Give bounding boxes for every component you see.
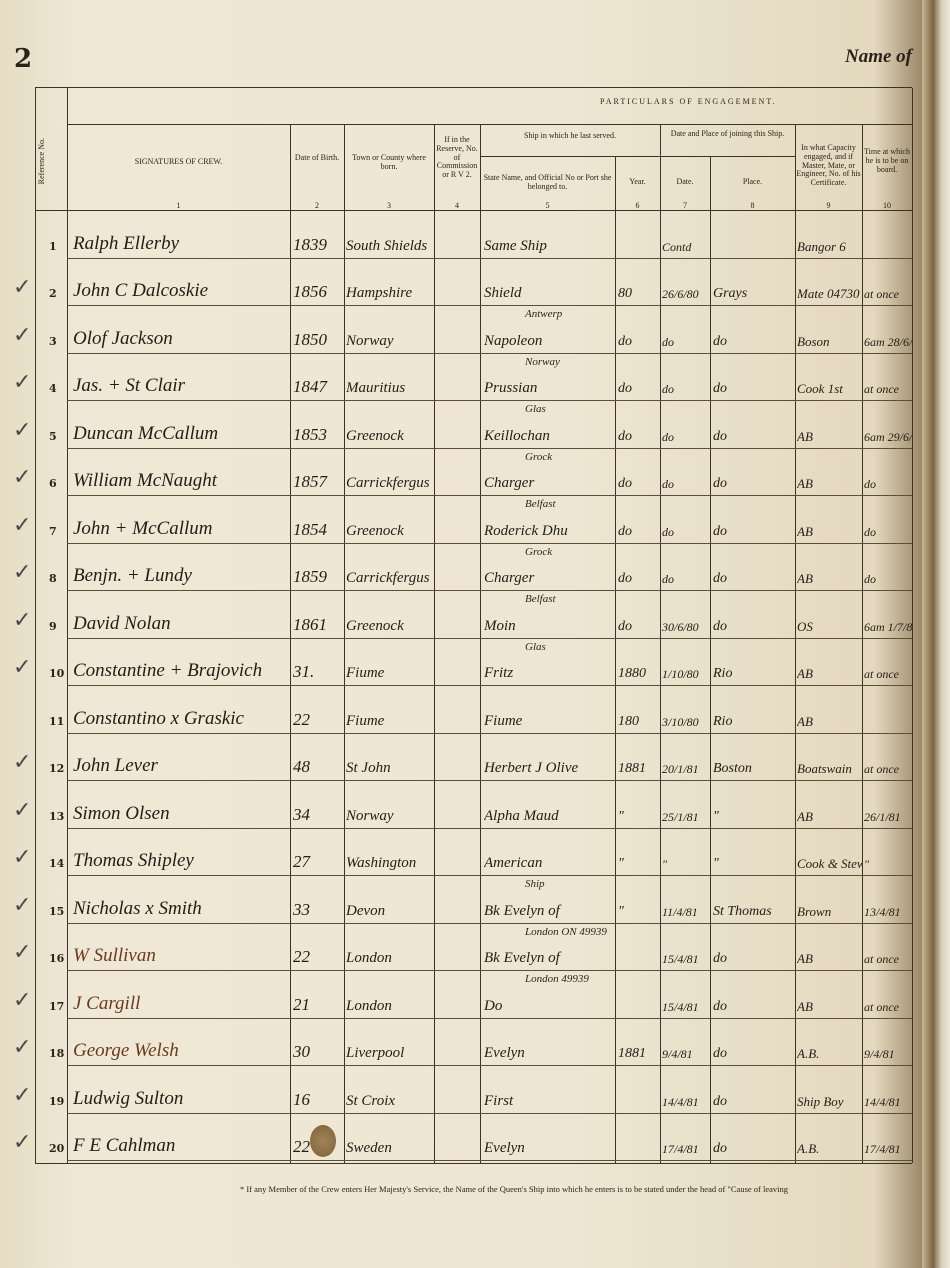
last-ship: Roderick Dhu [484, 523, 614, 540]
birthplace: Mauritius [346, 380, 434, 397]
table-row: ✓ 16 W Sullivan 22 London London ON 4993… [35, 924, 912, 972]
date-of-birth: 33 [293, 900, 343, 920]
join-date: do [662, 525, 710, 540]
last-ship: Charger [484, 475, 614, 492]
last-ship: Prussian [484, 380, 614, 397]
date-of-birth: 34 [293, 805, 343, 825]
join-place: " [713, 809, 795, 825]
table-row: ✓ 11 Constantino x Graskic 22 Fiume Fium… [35, 686, 912, 734]
join-date: 30/6/80 [662, 620, 710, 635]
table-row: ✓ 14 Thomas Shipley 27 Washington Americ… [35, 829, 912, 877]
ship-year: 1881 [618, 761, 660, 777]
header-ship-group: Ship in which he last served. [480, 132, 660, 141]
reference-number: 7 [49, 525, 57, 538]
table-row: ✓ 4 Jas. + St Clair 1847 Mauritius Norwa… [35, 354, 912, 402]
header-dob: Date of Birth. [290, 154, 344, 163]
birthplace: London [346, 998, 434, 1015]
row-divider [67, 1160, 912, 1161]
join-place: do [713, 619, 795, 635]
header-year: Year. [615, 178, 660, 187]
last-ship: Bk Evelyn of [484, 903, 614, 920]
header-reserve: If in the Reserve, No. of Commission or … [434, 136, 480, 180]
join-date: 25/1/81 [662, 810, 710, 825]
crew-signature: John C Dalcoskie [73, 280, 288, 302]
col-number: 3 [344, 201, 434, 210]
join-date: 1/10/80 [662, 667, 710, 682]
footnote: * If any Member of the Crew enters Her M… [240, 1184, 788, 1194]
join-date: 11/4/81 [662, 905, 710, 920]
wax-seal [310, 1125, 336, 1157]
capacity: AB [797, 429, 862, 445]
time-on-board: do [864, 572, 912, 587]
reference-number: 20 [49, 1142, 64, 1155]
table-row: ✓ 13 Simon Olsen 34 Norway Alpha Maud " … [35, 781, 912, 829]
table-row: ✓ 18 George Welsh 30 Liverpool Evelyn 18… [35, 1019, 912, 1067]
capacity: OS [797, 619, 862, 635]
last-ship: Evelyn [484, 1045, 614, 1062]
ship-port-note: Belfast [525, 593, 556, 605]
check-mark-icon: ✓ [13, 369, 31, 395]
birthplace: London [346, 950, 434, 967]
ship-port-note: Glas [525, 641, 546, 653]
capacity: Cook & Steward [797, 856, 862, 872]
last-ship: Same Ship [484, 238, 614, 255]
join-date: 15/4/81 [662, 1000, 710, 1015]
date-of-birth: 30 [293, 1042, 343, 1062]
time-on-board: 17/4/81 [864, 1142, 912, 1157]
join-date: do [662, 430, 710, 445]
check-mark-icon: ✓ [13, 274, 31, 300]
join-date: do [662, 335, 710, 350]
table-row: ✓ 20 F E Cahlman 22 Sweden Evelyn 17/4/8… [35, 1114, 912, 1162]
reference-number: 9 [49, 620, 57, 633]
capacity: A.B. [797, 1046, 862, 1062]
crew-signature: Jas. + St Clair [73, 375, 288, 397]
birthplace: Carrickfergus [346, 475, 434, 492]
capacity: Mate 04730 [797, 286, 862, 302]
reference-number: 10 [49, 667, 64, 680]
last-ship: Alpha Maud [484, 808, 614, 825]
crew-signature: Thomas Shipley [73, 850, 288, 872]
birthplace: Devon [346, 903, 434, 920]
crew-signature: Benjn. + Lundy [73, 565, 288, 587]
date-of-birth: 1859 [293, 567, 343, 587]
register-page: 2 Name of Reference No. PARTICULARS OF E… [0, 0, 950, 1268]
capacity: AB [797, 714, 862, 730]
date-of-birth: 31. [293, 662, 343, 682]
header-signatures: SIGNATURES OF CREW. [67, 158, 290, 167]
reference-number: 16 [49, 952, 64, 965]
join-date: 3/10/80 [662, 715, 710, 730]
ship-year: " [618, 809, 660, 825]
join-place: do [713, 429, 795, 445]
time-on-board: at once [864, 382, 912, 397]
col-number: 2 [290, 201, 344, 210]
check-mark-icon: ✓ [13, 987, 31, 1013]
col-number: 5 [480, 201, 615, 210]
date-of-birth: 22 [293, 947, 343, 967]
crew-signature: W Sullivan [73, 945, 288, 967]
ship-port-note: Grock [525, 451, 552, 463]
capacity: AB [797, 666, 862, 682]
join-place: do [713, 334, 795, 350]
crew-signature: George Welsh [73, 1040, 288, 1062]
table-row: ✓ 15 Nicholas x Smith 33 Devon Ship Bk E… [35, 876, 912, 924]
capacity: Ship Boy [797, 1094, 862, 1110]
col-number: 8 [710, 201, 795, 210]
join-place: do [713, 1094, 795, 1110]
reference-number: 5 [49, 430, 57, 443]
birthplace: St Croix [346, 1093, 434, 1110]
check-mark-icon: ✓ [13, 322, 31, 348]
time-on-board: " [864, 857, 912, 872]
table-row: ✓ 17 J Cargill 21 London London 49939 Do… [35, 971, 912, 1019]
table-row: ✓ 6 William McNaught 1857 Carrickfergus … [35, 449, 912, 497]
ship-year: " [618, 904, 660, 920]
time-on-board: 6am 29/6/80 [864, 430, 912, 445]
ship-port-note: London 49939 [525, 973, 589, 985]
reference-number: 1 [49, 240, 57, 253]
reference-number: 2 [49, 287, 57, 300]
header-place: Place. [710, 178, 795, 187]
join-date: 20/1/81 [662, 762, 710, 777]
date-of-birth: 22 [293, 710, 343, 730]
page-title-fragment: Name of [845, 46, 912, 68]
ship-year: do [618, 619, 660, 635]
birthplace: Greenock [346, 618, 434, 635]
capacity: Brown [797, 904, 862, 920]
crew-signature: John + McCallum [73, 518, 288, 540]
join-date: do [662, 382, 710, 397]
crew-signature: John Lever [73, 755, 288, 777]
birthplace: Fiume [346, 665, 434, 682]
check-mark-icon: ✓ [13, 464, 31, 490]
crew-signature: David Nolan [73, 613, 288, 635]
capacity: Boson [797, 334, 862, 350]
ship-year: do [618, 381, 660, 397]
col-number: 4 [434, 201, 480, 210]
join-place: do [713, 476, 795, 492]
birthplace: Greenock [346, 523, 434, 540]
last-ship: Fiume [484, 713, 614, 730]
ship-year: do [618, 334, 660, 350]
table-row: ✓ 8 Benjn. + Lundy 1859 Carrickfergus Gr… [35, 544, 912, 592]
ship-port-note: Glas [525, 403, 546, 415]
last-ship: Moin [484, 618, 614, 635]
time-on-board: at once [864, 762, 912, 777]
join-place: Grays [713, 286, 795, 302]
date-of-birth: 1854 [293, 520, 343, 540]
crew-signature: Constantino x Graskic [73, 708, 288, 730]
join-date: 17/4/81 [662, 1142, 710, 1157]
birthplace: Hampshire [346, 285, 434, 302]
reference-number: 8 [49, 572, 57, 585]
crew-signature: Nicholas x Smith [73, 898, 288, 920]
birthplace: Norway [346, 808, 434, 825]
reference-number: 12 [49, 762, 64, 775]
col-number: 7 [660, 201, 710, 210]
ship-year: 180 [618, 714, 660, 730]
check-mark-icon: ✓ [13, 1129, 31, 1155]
crew-signature: Duncan McCallum [73, 423, 288, 445]
check-mark-icon: ✓ [13, 417, 31, 443]
last-ship: Do [484, 998, 614, 1015]
time-on-board: do [864, 525, 912, 540]
table-row: ✓ 10 Constantine + Brajovich 31. Fiume G… [35, 639, 912, 687]
check-mark-icon: ✓ [13, 1034, 31, 1060]
join-place: do [713, 1141, 795, 1157]
birthplace: Greenock [346, 428, 434, 445]
date-of-birth: 48 [293, 757, 343, 777]
section-heading: PARTICULARS OF ENGAGEMENT. [600, 97, 777, 106]
capacity: Bangor 6 [797, 239, 862, 255]
birthplace: St John [346, 760, 434, 777]
join-date: 26/6/80 [662, 287, 710, 302]
birthplace: Liverpool [346, 1045, 434, 1062]
col-number: 9 [795, 201, 862, 210]
capacity: AB [797, 571, 862, 587]
date-of-birth: 1839 [293, 235, 343, 255]
reference-number: 14 [49, 857, 64, 870]
header-time: Time at which he is to be on board. [862, 148, 912, 174]
date-of-birth: 1847 [293, 377, 343, 397]
ship-year: 1881 [618, 1046, 660, 1062]
reference-number: 15 [49, 905, 64, 918]
table-row: ✓ 9 David Nolan 1861 Greenock Belfast Mo… [35, 591, 912, 639]
last-ship: Bk Evelyn of [484, 950, 614, 967]
ship-port-note: London ON 49939 [525, 926, 607, 938]
capacity: AB [797, 951, 862, 967]
check-mark-icon: ✓ [13, 797, 31, 823]
join-date: 9/4/81 [662, 1047, 710, 1062]
reference-number: 3 [49, 335, 57, 348]
ship-port-note: Grock [525, 546, 552, 558]
ship-year: do [618, 571, 660, 587]
time-on-board: at once [864, 952, 912, 967]
ship-port-note: Norway [525, 356, 560, 368]
join-date: 14/4/81 [662, 1095, 710, 1110]
last-ship: Fritz [484, 665, 614, 682]
table-row: ✓ 5 Duncan McCallum 1853 Greenock Glas K… [35, 401, 912, 449]
join-date: Contd [662, 240, 710, 255]
capacity: AB [797, 524, 862, 540]
join-date: do [662, 572, 710, 587]
reference-number: 11 [49, 715, 64, 728]
header-capacity: In what Capacity engaged, and if Master,… [795, 144, 862, 188]
torn-page-edge [922, 0, 950, 1268]
date-of-birth: 1857 [293, 472, 343, 492]
reference-number: 18 [49, 1047, 64, 1060]
date-of-birth: 16 [293, 1090, 343, 1110]
birthplace: Fiume [346, 713, 434, 730]
table-row: ✓ 12 John Lever 48 St John Herbert J Oli… [35, 734, 912, 782]
join-place: Boston [713, 761, 795, 777]
header-ship-name: State Name, and Official No or Port she … [480, 174, 615, 192]
crew-signature: Simon Olsen [73, 803, 288, 825]
time-on-board: 14/4/81 [864, 1095, 912, 1110]
capacity: Boatswain [797, 761, 862, 777]
date-of-birth: 21 [293, 995, 343, 1015]
crew-signature: Constantine + Brajovich [73, 660, 288, 682]
join-place: do [713, 524, 795, 540]
header-date: Date. [660, 178, 710, 187]
crew-table: Reference No. PARTICULARS OF ENGAGEMENT.… [35, 87, 912, 1164]
crew-signature: William McNaught [73, 470, 288, 492]
table-row: ✓ 19 Ludwig Sulton 16 St Croix First 14/… [35, 1066, 912, 1114]
join-place: St Thomas [713, 904, 795, 920]
reference-number: 6 [49, 477, 57, 490]
capacity: AB [797, 476, 862, 492]
col-number: 1 [67, 201, 290, 210]
join-place: " [713, 856, 795, 872]
date-of-birth: 27 [293, 852, 343, 872]
check-mark-icon: ✓ [13, 892, 31, 918]
ship-port-note: Ship [525, 878, 545, 890]
table-row: ✓ 2 John C Dalcoskie 1856 Hampshire Shie… [35, 259, 912, 307]
table-row: ✓ 3 Olof Jackson 1850 Norway Antwerp Nap… [35, 306, 912, 354]
reference-number: 17 [49, 1000, 64, 1013]
last-ship: First [484, 1093, 614, 1110]
last-ship: American [484, 855, 614, 872]
birthplace: Washington [346, 855, 434, 872]
check-mark-icon: ✓ [13, 1082, 31, 1108]
ship-year: 1880 [618, 666, 660, 682]
time-on-board: 13/4/81 [864, 905, 912, 920]
join-place: do [713, 1046, 795, 1062]
table-row: ✓ 1 Ralph Ellerby 1839 South Shields Sam… [35, 211, 912, 259]
join-place: do [713, 999, 795, 1015]
col-number: 10 [862, 201, 912, 210]
check-mark-icon: ✓ [13, 749, 31, 775]
ship-year: " [618, 856, 660, 872]
last-ship: Napoleon [484, 333, 614, 350]
time-on-board: do [864, 477, 912, 492]
join-place: Rio [713, 666, 795, 682]
header-town: Town or County where born. [344, 154, 434, 172]
crew-signature: Ludwig Sulton [73, 1088, 288, 1110]
last-ship: Evelyn [484, 1140, 614, 1157]
crew-signature: J Cargill [73, 993, 288, 1015]
col-number: 6 [615, 201, 660, 210]
date-of-birth: 1861 [293, 615, 343, 635]
date-of-birth: 1850 [293, 330, 343, 350]
capacity: Cook 1st [797, 381, 862, 397]
check-mark-icon: ✓ [13, 844, 31, 870]
join-date: do [662, 477, 710, 492]
join-place: do [713, 381, 795, 397]
time-on-board: 6am 28/6/80 [864, 335, 912, 350]
last-ship: Shield [484, 285, 614, 302]
check-mark-icon: ✓ [13, 939, 31, 965]
ship-year: do [618, 524, 660, 540]
last-ship: Keillochan [484, 428, 614, 445]
ship-port-note: Antwerp [525, 308, 562, 320]
crew-signature: Olof Jackson [73, 328, 288, 350]
birthplace: Norway [346, 333, 434, 350]
ship-port-note: Belfast [525, 498, 556, 510]
birthplace: Sweden [346, 1140, 434, 1157]
crew-signature: F E Cahlman [73, 1135, 288, 1157]
time-on-board: at once [864, 1000, 912, 1015]
table-row: ✓ 7 John + McCallum 1854 Greenock Belfas… [35, 496, 912, 544]
join-date: " [662, 857, 710, 872]
reference-number: 4 [49, 382, 57, 395]
ship-year: do [618, 429, 660, 445]
time-on-board: 26/1/81 [864, 810, 912, 825]
time-on-board: at once [864, 287, 912, 302]
last-ship: Herbert J Olive [484, 760, 614, 777]
birthplace: South Shields [346, 238, 434, 255]
reference-number: 13 [49, 810, 64, 823]
date-of-birth: 1853 [293, 425, 343, 445]
join-place: do [713, 571, 795, 587]
check-mark-icon: ✓ [13, 607, 31, 633]
capacity: A.B. [797, 1141, 862, 1157]
page-number: 2 [14, 44, 32, 74]
time-on-board: at once [864, 667, 912, 682]
date-of-birth: 1856 [293, 282, 343, 302]
join-place: Rio [713, 714, 795, 730]
ship-year: 80 [618, 286, 660, 302]
check-mark-icon: ✓ [13, 654, 31, 680]
join-date: 15/4/81 [662, 952, 710, 967]
time-on-board: 6am 1/7/80 [864, 620, 912, 635]
time-on-board: 9/4/81 [864, 1047, 912, 1062]
check-mark-icon: ✓ [13, 559, 31, 585]
join-place: do [713, 951, 795, 967]
crew-signature: Ralph Ellerby [73, 233, 288, 255]
capacity: AB [797, 999, 862, 1015]
header-reference-no: Reference No. [37, 138, 46, 184]
capacity: AB [797, 809, 862, 825]
birthplace: Carrickfergus [346, 570, 434, 587]
reference-number: 19 [49, 1095, 64, 1108]
ship-year: do [618, 476, 660, 492]
header-join-group: Date and Place of joining this Ship. [660, 130, 795, 139]
last-ship: Charger [484, 570, 614, 587]
check-mark-icon: ✓ [13, 512, 31, 538]
